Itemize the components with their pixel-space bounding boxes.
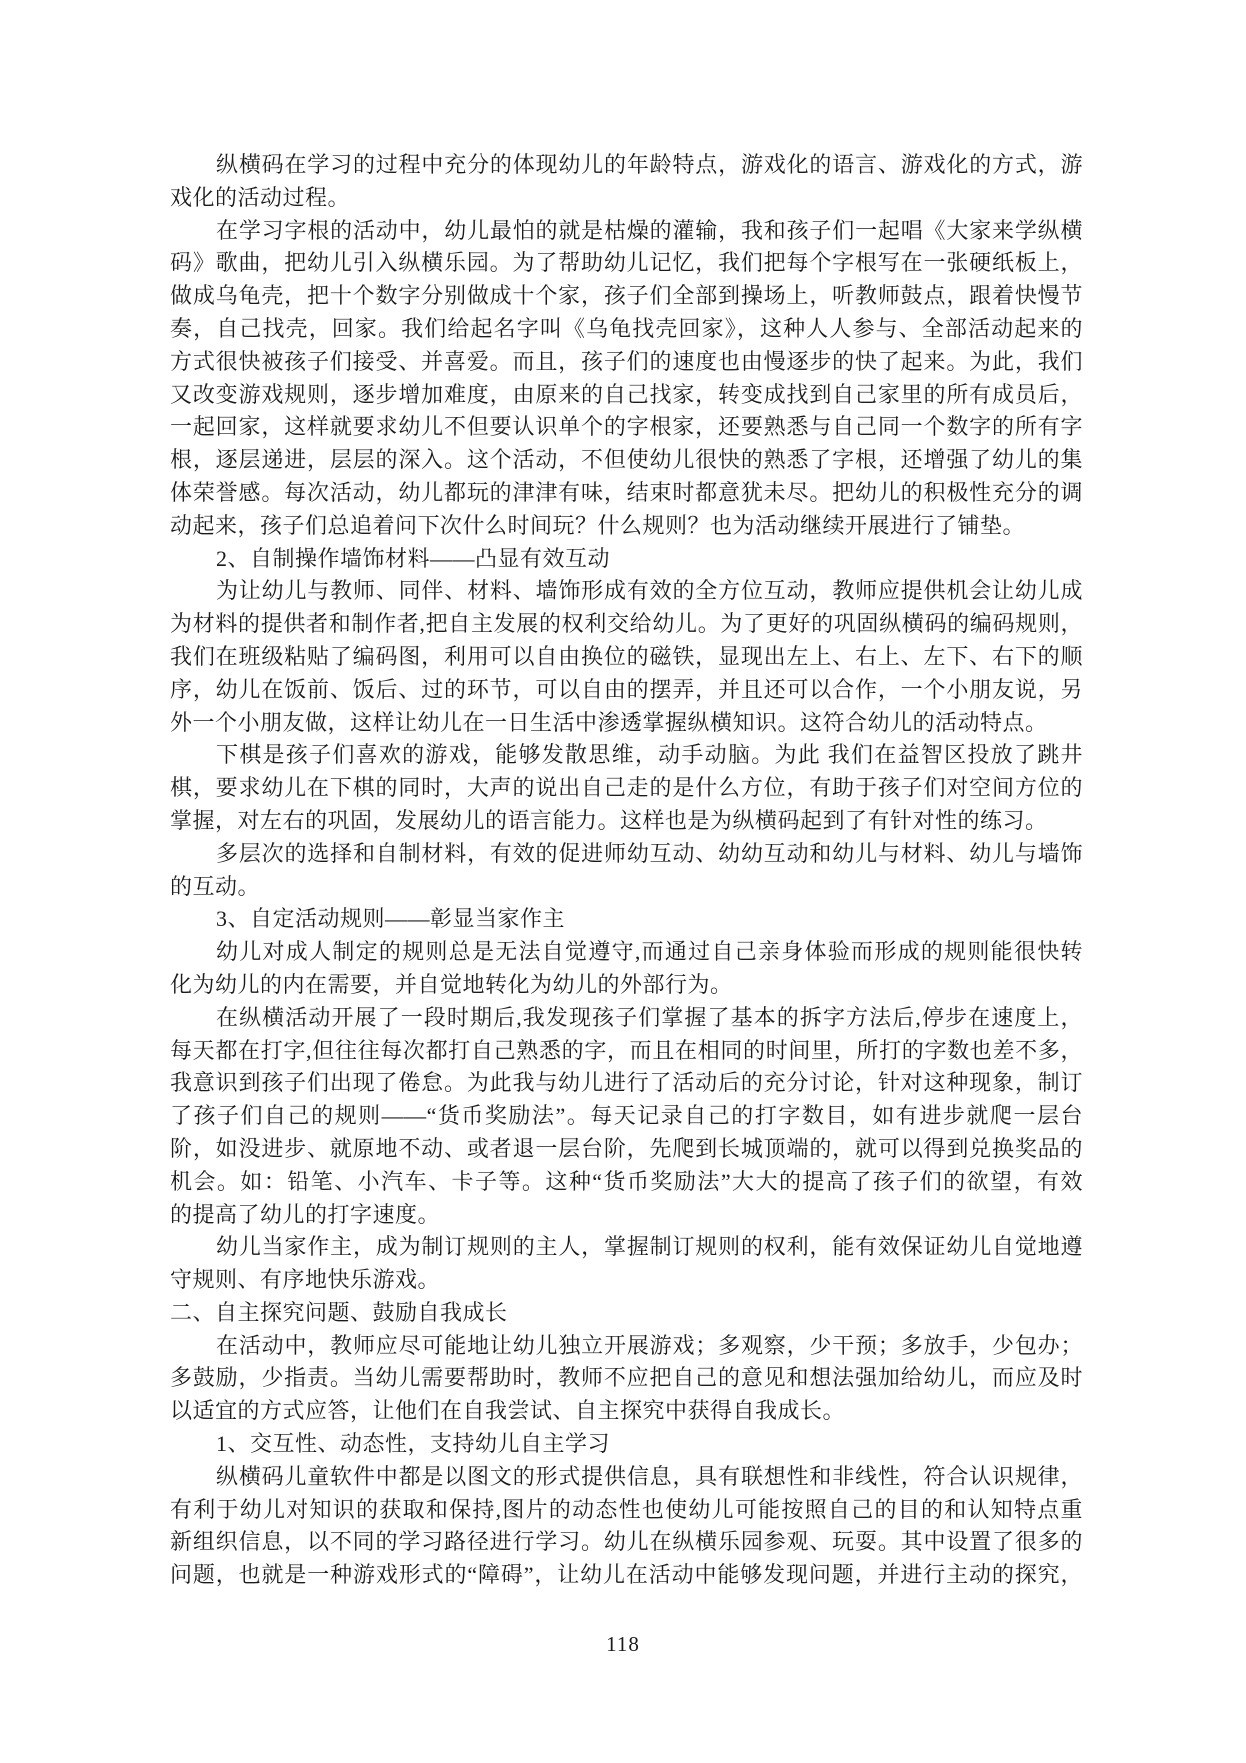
text-line: 纵横码在学习的过程中充分的体现幼儿的年龄特点，游戏化的语言、游戏化的方式，游 [170, 149, 1083, 182]
text-line: 外一个小朋友做，这样让幼儿在一日生活中渗透掌握纵横知识。这符合幼儿的活动特点。 [170, 707, 1083, 740]
text-line: 纵横码儿童软件中都是以图文的形式提供信息，具有联想性和非线性，符合认识规律， [170, 1461, 1083, 1494]
text-line: 为让幼儿与教师、同伴、材料、墙饰形成有效的全方位互动，教师应提供机会让幼儿成 [170, 575, 1083, 608]
text-line: 为材料的提供者和制作者,把自主发展的权利交给幼儿。为了更好的巩固纵横码的编码规则… [170, 608, 1083, 641]
text-block: 纵横码在学习的过程中充分的体现幼儿的年龄特点，游戏化的语言、游戏化的方式，游戏化… [170, 149, 1083, 1592]
text-line: 在纵横活动开展了一段时期后,我发现孩子们掌握了基本的拆字方法后,停步在速度上， [170, 1002, 1083, 1035]
text-line: 多鼓励，少指责。当幼儿需要帮助时，教师不应把自己的意见和想法强加给幼儿，而应及时 [170, 1362, 1083, 1395]
text-line: 二、自主探究问题、鼓励自我成长 [170, 1297, 1083, 1330]
text-line: 体荣誉感。每次活动，幼儿都玩的津津有味，结束时都意犹未尽。把幼儿的积极性充分的调 [170, 477, 1083, 510]
document-page: 纵横码在学习的过程中充分的体现幼儿的年龄特点，游戏化的语言、游戏化的方式，游戏化… [0, 0, 1246, 1763]
text-line: 在学习字根的活动中，幼儿最怕的就是枯燥的灌输，我和孩子们一起唱《大家来学纵横 [170, 215, 1083, 248]
text-line: 棋，要求幼儿在下棋的同时，大声的说出自己走的是什么方位，有助于孩子们对空间方位的 [170, 772, 1083, 805]
text-line: 了孩子们自己的规则——“货币奖励法”。每天记录自己的打字数目，如有进步就爬一层台 [170, 1100, 1083, 1133]
text-line: 有利于幼儿对知识的获取和保持,图片的动态性也使幼儿可能按照自己的目的和认知特点重 [170, 1494, 1083, 1527]
text-line: 阶，如没进步、就原地不动、或者退一层台阶，先爬到长城顶端的，就可以得到兑换奖品的 [170, 1133, 1083, 1166]
text-line: 奏，自己找壳，回家。我们给起名字叫《乌龟找壳回家》，这种人人参与、全部活动起来的 [170, 313, 1083, 346]
text-line: 码》歌曲，把幼儿引入纵横乐园。为了帮助幼儿记忆，我们把每个字根写在一张硬纸板上， [170, 247, 1083, 280]
text-line: 做成乌龟壳，把十个数字分别做成十个家，孩子们全部到操场上，听教师鼓点，跟着快慢节 [170, 280, 1083, 313]
text-line: 每天都在打字,但往往每次都打自己熟悉的字，而且在相同的时间里，所打的字数也差不多… [170, 1035, 1083, 1068]
text-line: 多层次的选择和自制材料，有效的促进师幼互动、幼幼互动和幼儿与材料、幼儿与墙饰 [170, 838, 1083, 871]
text-line: 新组织信息，以不同的学习路径进行学习。幼儿在纵横乐园参观、玩耍。其中设置了很多的 [170, 1526, 1083, 1559]
text-line: 下棋是孩子们喜欢的游戏，能够发散思维，动手动脑。为此 我们在益智区投放了跳井 [170, 739, 1083, 772]
text-line: 在活动中，教师应尽可能地让幼儿独立开展游戏；多观察，少干预；多放手，少包办； [170, 1330, 1083, 1363]
text-line: 守规则、有序地快乐游戏。 [170, 1264, 1083, 1297]
text-line: 机会。如：铅笔、小汽车、卡子等。这种“货币奖励法”大大的提高了孩子们的欲望，有效 [170, 1166, 1083, 1199]
text-line: 我们在班级粘贴了编码图，利用可以自由换位的磁铁，显现出左上、右上、左下、右下的顺 [170, 641, 1083, 674]
text-line: 根，逐层递进，层层的深入。这个活动，不但使幼儿很快的熟悉了字根，还增强了幼儿的集 [170, 444, 1083, 477]
text-line: 掌握，对左右的巩固，发展幼儿的语言能力。这样也是为纵横码起到了有针对性的练习。 [170, 805, 1083, 838]
text-line: 化为幼儿的内在需要，并自觉地转化为幼儿的外部行为。 [170, 969, 1083, 1002]
text-line: 3、自定活动规则——彰显当家作主 [170, 903, 1083, 936]
text-line: 序，幼儿在饭前、饭后、过的环节，可以自由的摆弄，并且还可以合作，一个小朋友说，另 [170, 674, 1083, 707]
text-line: 又改变游戏规则，逐步增加难度，由原来的自己找家，转变成找到自己家里的所有成员后， [170, 379, 1083, 412]
text-line: 方式很快被孩子们接受、并喜爱。而且，孩子们的速度也由慢逐步的快了起来。为此，我们 [170, 346, 1083, 379]
page-number: 118 [0, 1632, 1246, 1657]
text-line: 戏化的活动过程。 [170, 182, 1083, 215]
text-line: 动起来，孩子们总追着问下次什么时间玩？什么规则？也为活动继续开展进行了铺垫。 [170, 510, 1083, 543]
text-line: 一起回家，这样就要求幼儿不但要认识单个的字根家，还要熟悉与自己同一个数字的所有字 [170, 411, 1083, 444]
text-line: 的提高了幼儿的打字速度。 [170, 1199, 1083, 1232]
text-line: 幼儿当家作主，成为制订规则的主人，掌握制订规则的权利，能有效保证幼儿自觉地遵 [170, 1231, 1083, 1264]
text-line: 问题，也就是一种游戏形式的“障碍”，让幼儿在活动中能够发现问题，并进行主动的探究… [170, 1559, 1083, 1592]
text-line: 以适宜的方式应答，让他们在自我尝试、自主探究中获得自我成长。 [170, 1395, 1083, 1428]
text-line: 幼儿对成人制定的规则总是无法自觉遵守,而通过自己亲身体验而形成的规则能很快转 [170, 936, 1083, 969]
text-line: 1、交互性、动态性，支持幼儿自主学习 [170, 1428, 1083, 1461]
text-line: 我意识到孩子们出现了倦怠。为此我与幼儿进行了活动后的充分讨论，针对这种现象，制订 [170, 1067, 1083, 1100]
text-line: 的互动。 [170, 871, 1083, 904]
text-line: 2、自制操作墙饰材料——凸显有效互动 [170, 543, 1083, 576]
